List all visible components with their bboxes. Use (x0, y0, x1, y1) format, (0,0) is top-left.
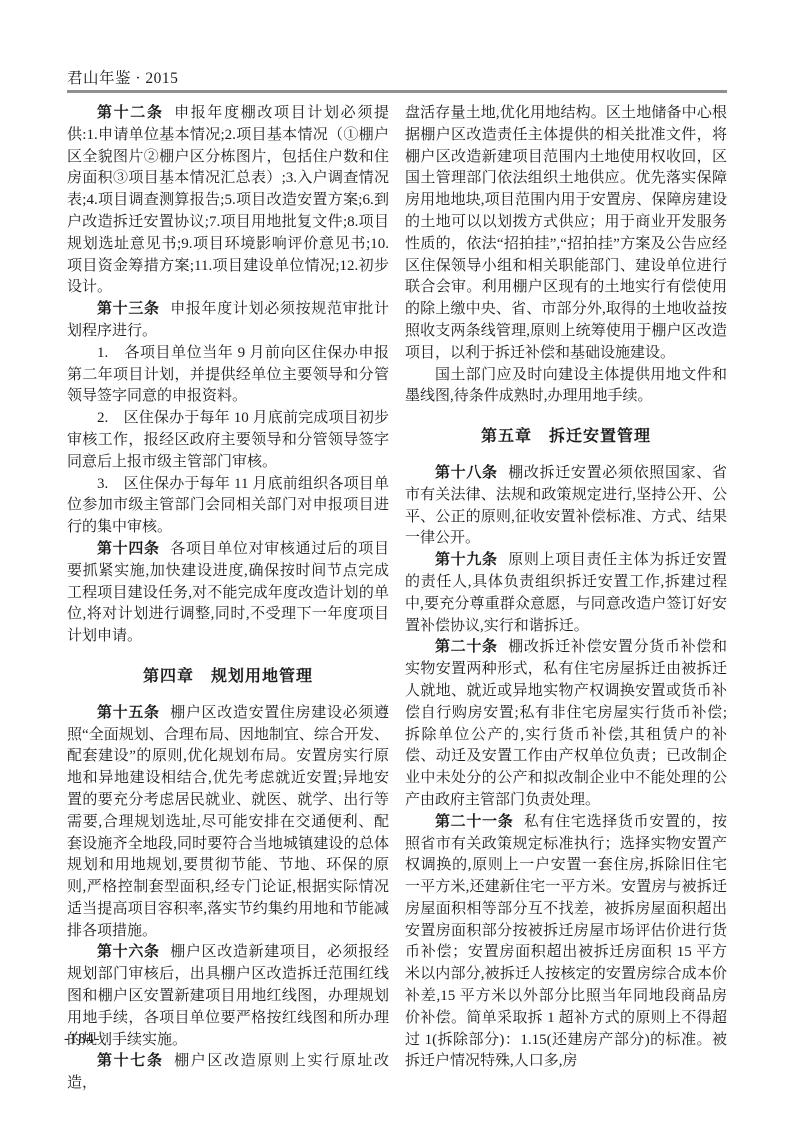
yearbook-page: 君山年鉴 · 2015 第十二条申报年度棚改项目计划必须提供:1.申请单位基本情… (0, 0, 793, 1122)
paragraph-text: 国土部门应及时向建设主体提供用地文件和墨线图,待条件成熟时,办理用地手续。 (405, 367, 727, 405)
column-right: 盘活存量土地,优化用地结构。区土地储备中心根据棚户区改造责任主体提供的相关批准文… (405, 103, 727, 1095)
article-label: 第十六条 (97, 944, 160, 960)
article-paragraph: 第十九条原则上项目责任主体为拆迁安置的责任人,具体负责组织拆迁安置工作,拆建过程… (405, 550, 727, 637)
article-paragraph: 第二十一条私有住宅选择货币安置的，按照省市有关政策规定标准执行；选择实物安置产权… (405, 812, 727, 1074)
chapter-heading: 第四章 规划用地管理 (67, 666, 389, 688)
article-label: 第十七条 (97, 1053, 164, 1069)
article-label: 第二十一条 (435, 814, 513, 830)
article-paragraph: 第十四条各项目单位对审核通过后的项目要抓紧实施,加快建设进度,确保按时间节点完成… (67, 539, 389, 648)
article-paragraph: 第二十条棚改拆迁补偿安置分货币补偿和实物安置两种形式，私有住宅房屋拆迁由被拆迁人… (405, 637, 727, 811)
header-rule (67, 90, 727, 93)
article-label: 第二十条 (435, 639, 498, 655)
page-header-title: 君山年鉴 · 2015 (67, 66, 178, 88)
list-item-text: 1. 各项目单位当年 9 月前向区住保办申报第二年项目计划，并提供经单位主要领导… (67, 345, 389, 405)
article-label: 第十八条 (435, 465, 498, 481)
article-label: 第十五条 (97, 705, 160, 721)
article-paragraph: 第十五条棚户区改造安置住房建设必须遵照“全面规划、合理布局、因地制宜、综合开发、… (67, 703, 389, 943)
article-text: 棚改拆迁补偿安置分货币补偿和实物安置两种形式，私有住宅房屋拆迁由被拆迁人就地、就… (405, 639, 727, 808)
article-text: 申报年度棚改项目计划必须提供:1.申请单位基本情况;2.项目基本情况（①棚户区全… (67, 105, 389, 295)
article-text: 棚户区改造安置住房建设必须遵照“全面规划、合理布局、因地制宜、综合开发、配套建设… (67, 705, 389, 939)
page-number: -184- (64, 1031, 100, 1048)
body-paragraph: 国土部门应及时向建设主体提供用地文件和墨线图,待条件成熟时,办理用地手续。 (405, 365, 727, 409)
list-item-text: 3. 区住保办于每年 11 月底前组织各项目单位参加市级主管部门会同相关部门对申… (67, 476, 389, 536)
continuation-paragraph: 盘活存量土地,优化用地结构。区土地储备中心根据棚户区改造责任主体提供的相关批准文… (405, 103, 727, 365)
article-label: 第十九条 (435, 552, 498, 568)
paragraph-text: 盘活存量土地,优化用地结构。区土地储备中心根据棚户区改造责任主体提供的相关批准文… (405, 105, 727, 361)
article-label: 第十四条 (97, 541, 160, 557)
article-label: 第十二条 (97, 105, 164, 121)
article-paragraph: 第十七条棚户区改造原则上实行原址改造， (67, 1051, 389, 1095)
article-label: 第十三条 (97, 301, 160, 317)
article-text: 私有住宅选择货币安置的，按照省市有关政策规定标准执行；选择实物安置产权调换的,原… (405, 814, 727, 1070)
article-paragraph: 第十六条棚户区改造新建项目，必须报经规划部门审核后，出具棚户区改造拆迁范围红线图… (67, 942, 389, 1051)
column-left: 第十二条申报年度棚改项目计划必须提供:1.申请单位基本情况;2.项目基本情况（①… (67, 103, 389, 1095)
article-paragraph: 第十二条申报年度棚改项目计划必须提供:1.申请单位基本情况;2.项目基本情况（①… (67, 103, 389, 299)
list-item: 1. 各项目单位当年 9 月前向区住保办申报第二年项目计划，并提供经单位主要领导… (67, 343, 389, 408)
article-paragraph: 第十八条棚改拆迁安置必须依照国家、省市有关法律、法规和政策规定进行,坚持公开、公… (405, 463, 727, 550)
chapter-heading: 第五章 拆迁安置管理 (405, 426, 727, 448)
list-item: 2. 区住保办于每年 10 月底前完成项目初步审核工作，报经区政府主要领导和分管… (67, 408, 389, 473)
two-column-body: 第十二条申报年度棚改项目计划必须提供:1.申请单位基本情况;2.项目基本情况（①… (67, 103, 727, 1095)
list-item-text: 2. 区住保办于每年 10 月底前完成项目初步审核工作，报经区政府主要领导和分管… (67, 410, 389, 470)
article-paragraph: 第十三条申报年度计划必须按规范审批计划程序进行。 (67, 299, 389, 343)
list-item: 3. 区住保办于每年 11 月底前组织各项目单位参加市级主管部门会同相关部门对申… (67, 474, 389, 539)
